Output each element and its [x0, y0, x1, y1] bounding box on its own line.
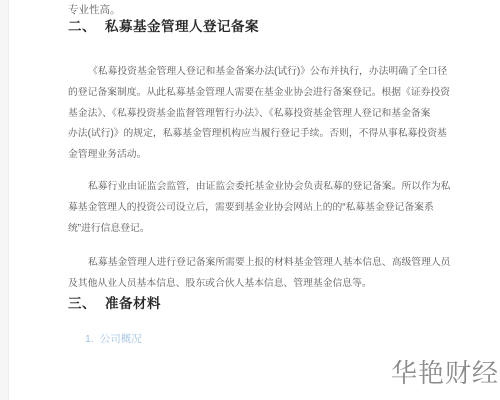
left-page-edge	[0, 0, 9, 400]
paragraph-line: 及其他从业人员基本信息、股东或合伙人基本信息、管理基金信息等。	[68, 274, 468, 295]
paragraph-line: 的登记备案制度。从此私募基金管理人需要在基金业协会进行备案登记。根据《证券投资	[68, 83, 468, 104]
paragraph-2: 私募行业由证监会监管，由证监会委托基金业协会负责私募的登记备案。所以作为私 募基…	[68, 177, 468, 239]
article-content: 专业性高。 二、私募基金管理人登记备案 《私募投资基金管理人登记和基金备案办法(…	[68, 0, 468, 346]
section-3-heading: 三、准备材料	[68, 295, 468, 312]
link-company-overview[interactable]: 1.公司概况	[68, 332, 468, 346]
section-2-title: 私募基金管理人登记备案	[105, 19, 259, 34]
previous-paragraph-tail: 专业性高。	[68, 0, 468, 18]
section-2-heading: 二、私募基金管理人登记备案	[68, 18, 468, 35]
paragraph-line: 金管理业务活动。	[68, 145, 468, 166]
paragraph-line: 私募行业由证监会监管，由证监会委托基金业协会负责私募的登记备案。所以作为私	[68, 177, 468, 198]
list-item-number: 1.	[85, 333, 94, 345]
section-2-number: 二、	[68, 19, 96, 34]
paragraph-line: 《私募投资基金管理人登记和基金备案办法(试行)》公布并执行，办法明确了全口径	[68, 62, 468, 83]
paragraph-line: 办法(试行)》的规定，私募基金管理机构应当履行登记手续。否则，不得从事私募投资基	[68, 124, 468, 145]
paragraph-line: 私募基金管理人进行登记备案所需要上报的材料基金管理人基本信息、高级管理人员	[68, 253, 468, 274]
paragraph-line: 统”进行信息登记。	[68, 219, 468, 240]
paragraph-line: 基金法》、《私募投资基金监督管理暂行办法》、《私募投资基金管理人登记和基金备案	[68, 104, 468, 125]
section-3-number: 三、	[68, 296, 96, 311]
paragraph-line: 募基金管理人的投资公司设立后，需要到基金业协会网站上的的“私募基金登记备案系	[68, 198, 468, 219]
paragraph-3: 私募基金管理人进行登记备案所需要上报的材料基金管理人基本信息、高级管理人员 及其…	[68, 253, 468, 295]
watermark: 华艳财经	[391, 358, 499, 388]
paragraph-1: 《私募投资基金管理人登记和基金备案办法(试行)》公布并执行，办法明确了全口径 的…	[68, 62, 468, 166]
list-item-label: 公司概况	[100, 333, 142, 345]
section-3-title: 准备材料	[105, 296, 161, 311]
